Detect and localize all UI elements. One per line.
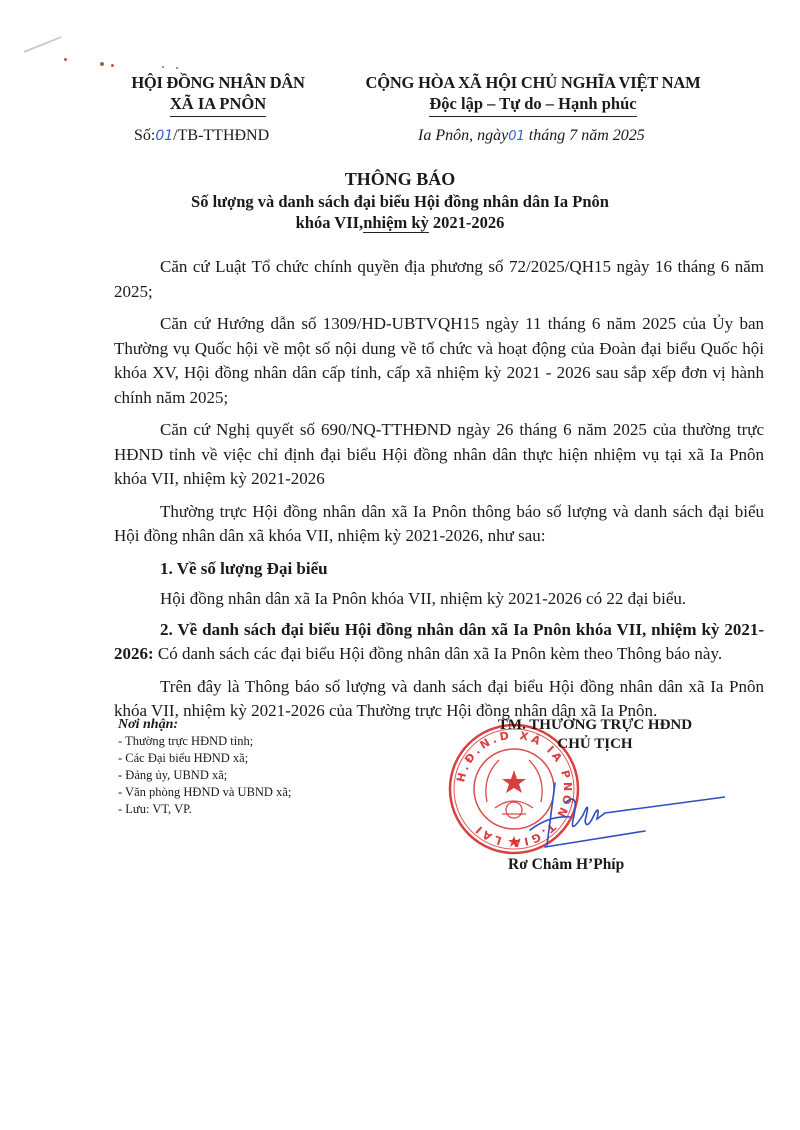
- scan-speck: [162, 66, 164, 68]
- scan-speck: [111, 64, 114, 67]
- signer-title: CHỦ TỊCH: [460, 735, 730, 754]
- recipients-list: Nơi nhận: - Thường trực HĐND tỉnh; - Các…: [118, 716, 291, 818]
- signer-name: Rơ Châm H’Phíp: [508, 856, 624, 874]
- national-heading: CỘNG HÒA XÃ HỘI CHỦ NGHĨA VIỆT NAM Độc l…: [348, 72, 718, 117]
- handwritten-signature-icon: [525, 775, 725, 855]
- issue-date: Ia Pnôn, ngày01 tháng 7 năm 2025: [418, 127, 645, 145]
- section-1-text: Hội đồng nhân dân xã Ia Pnôn khóa VII, n…: [114, 587, 764, 612]
- scan-speck: [64, 58, 67, 61]
- signer-role: TM. THƯỜNG TRỰC HĐND: [460, 716, 730, 735]
- document-number: Số:01/TB-TTHĐND: [134, 127, 269, 145]
- signature-block: TM. THƯỜNG TRỰC HĐND CHỦ TỊCH: [460, 716, 730, 754]
- handwritten-number: 01: [155, 128, 173, 144]
- recipient-item: - Lưu: VT, VP.: [118, 801, 291, 818]
- section-2-text: Có danh sách các đại biểu Hội đồng nhân …: [154, 644, 722, 663]
- legal-basis-1: Căn cứ Luật Tổ chức chính quyền địa phươ…: [114, 255, 764, 304]
- recipient-item: - Văn phòng HĐND và UBND xã;: [118, 784, 291, 801]
- recipient-item: - Thường trực HĐND tỉnh;: [118, 733, 291, 750]
- section-2: 2. Về danh sách đại biểu Hội đồng nhân d…: [114, 618, 764, 667]
- document-page: HỘI ĐỒNG NHÂN DÂN XÃ IA PNÔN CỘNG HÒA XÃ…: [0, 0, 800, 1130]
- document-body: Căn cứ Luật Tổ chức chính quyền địa phươ…: [114, 255, 764, 732]
- scan-smudge: [18, 23, 61, 53]
- issuing-agency: HỘI ĐỒNG NHÂN DÂN XÃ IA PNÔN: [118, 72, 318, 117]
- recipient-item: - Các Đại biểu HĐND xã;: [118, 750, 291, 767]
- recipients-title: Nơi nhận:: [118, 716, 291, 733]
- scan-speck: [176, 67, 178, 69]
- agency-commune: XÃ IA PNÔN: [170, 93, 266, 117]
- section-1-heading: 1. Về số lượng Đại biểu: [114, 557, 764, 582]
- scan-speck: [100, 62, 104, 66]
- document-subtitle-line2: khóa VII,nhiệm kỳ 2021-2026: [100, 212, 700, 233]
- announcement-intro: Thường trực Hội đồng nhân dân xã Ia Pnôn…: [114, 500, 764, 549]
- document-title-block: THÔNG BÁO Số lượng và danh sách đại biểu…: [100, 168, 700, 233]
- recipient-item: - Đảng ủy, UBND xã;: [118, 767, 291, 784]
- agency-name: HỘI ĐỒNG NHÂN DÂN: [118, 72, 318, 93]
- document-title: THÔNG BÁO: [100, 168, 700, 191]
- document-subtitle-line1: Số lượng và danh sách đại biểu Hội đồng …: [100, 191, 700, 212]
- handwritten-day: 01: [508, 129, 525, 144]
- national-motto: Độc lập – Tự do – Hạnh phúc: [429, 93, 636, 117]
- legal-basis-3: Căn cứ Nghị quyết số 690/NQ-TTHĐND ngày …: [114, 418, 764, 492]
- legal-basis-2: Căn cứ Hướng dẫn số 1309/HD-UBTVQH15 ngà…: [114, 312, 764, 410]
- nation-name: CỘNG HÒA XÃ HỘI CHỦ NGHĨA VIỆT NAM: [348, 72, 718, 93]
